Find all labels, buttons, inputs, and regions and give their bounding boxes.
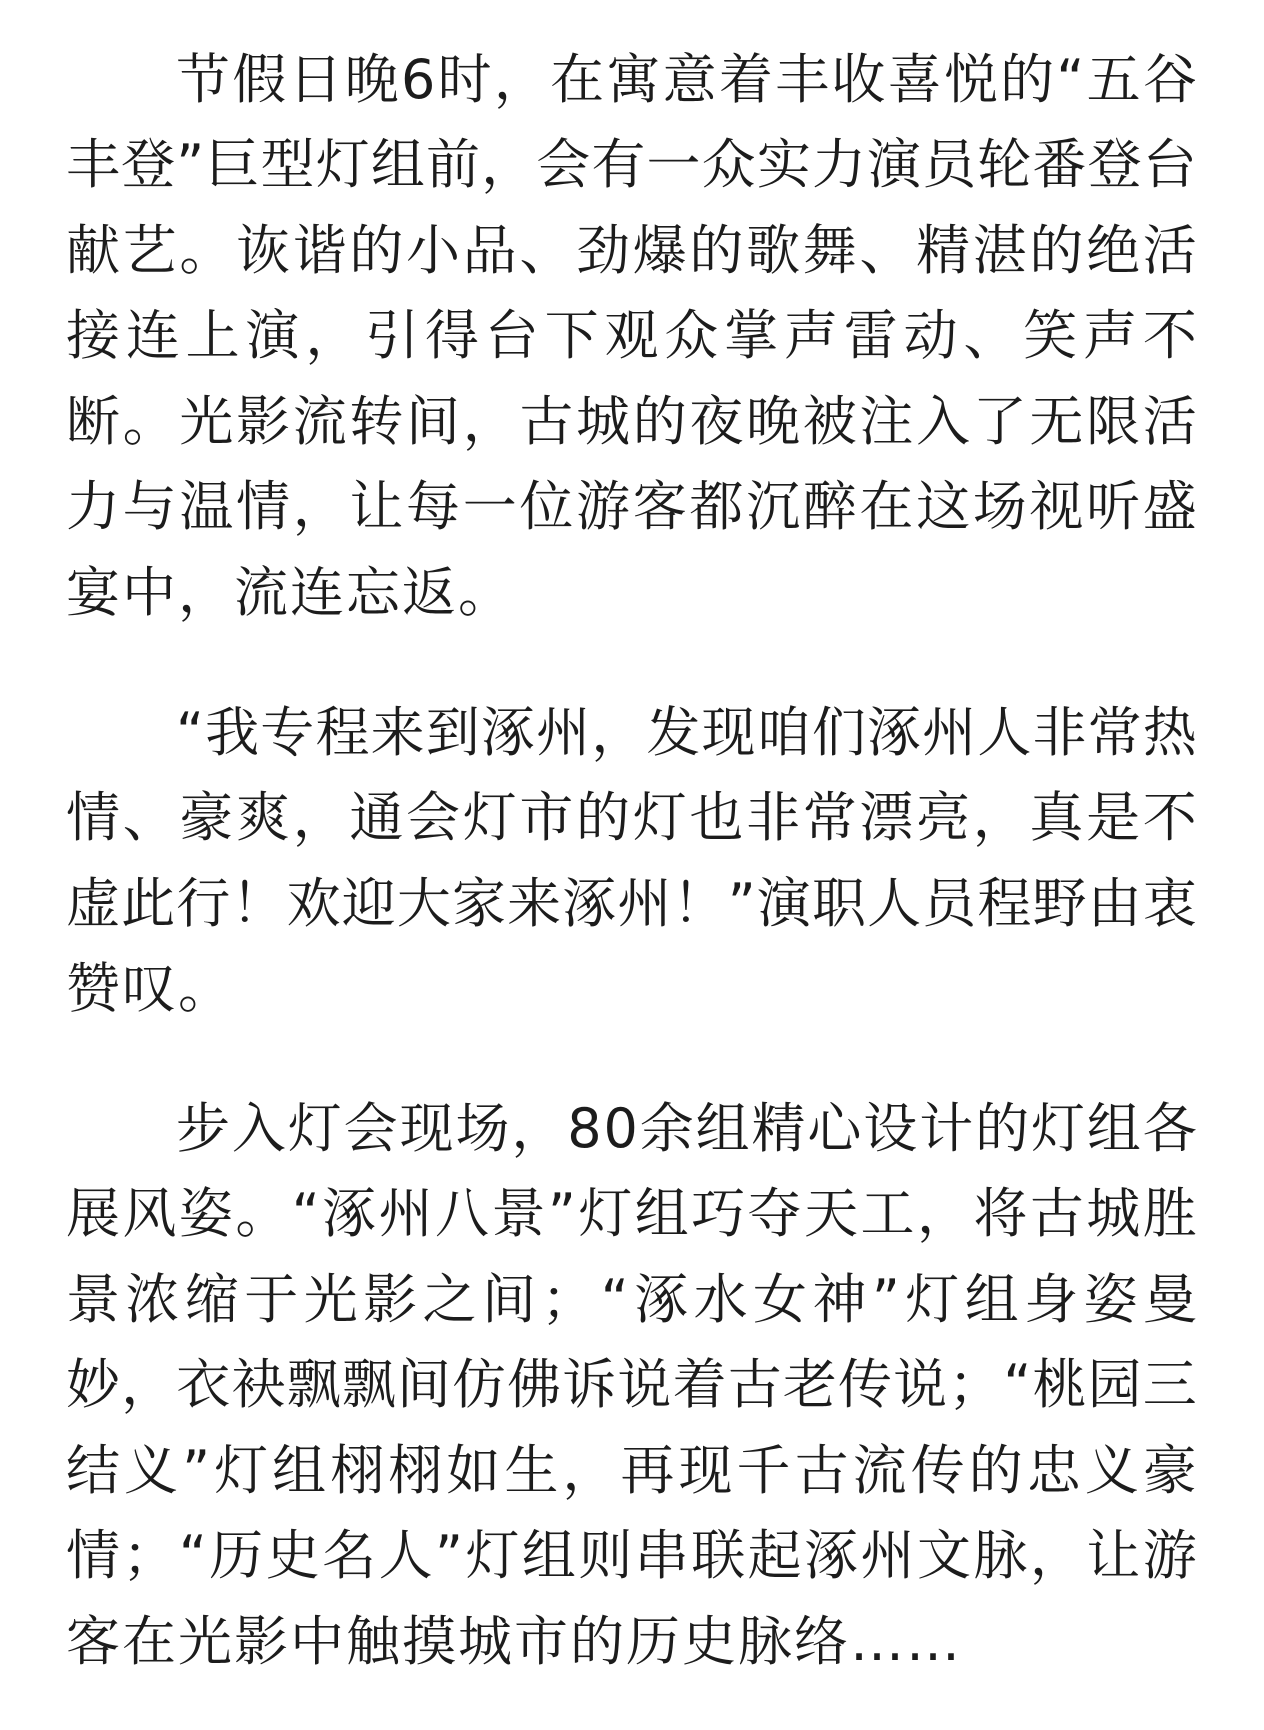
text-line: 展风姿。“涿州八景”灯组巧夺天工，将古城胜 — [66, 1171, 1197, 1257]
text-line: 宴中，流连忘返。 — [66, 550, 1197, 636]
text-line: 情；“历史名人”灯组则串联起涿州文脉，让游 — [66, 1513, 1197, 1599]
text-line: 虚此行！欢迎大家来涿州！”演职人员程野由衷 — [66, 861, 1197, 947]
text-line: 接连上演，引得台下观众掌声雷动、笑声不 — [66, 293, 1197, 379]
text-line: 步入灯会现场，80余组精心设计的灯组各 — [176, 1086, 1197, 1172]
text-line: 丰登”巨型灯组前，会有一众实力演员轮番登台 — [66, 122, 1197, 208]
text-line: 节假日晚6时，在寓意着丰收喜悦的“五谷 — [176, 37, 1197, 123]
text-line: 情、豪爽，通会灯市的灯也非常漂亮，真是不 — [66, 775, 1197, 861]
text-line: “我专程来到涿州，发现咱们涿州人非常热 — [176, 690, 1197, 776]
text-line: 断。光影流转间，古城的夜晚被注入了无限活 — [66, 379, 1197, 465]
text-line: 客在光影中触摸城市的历史脉络…… — [66, 1599, 1197, 1685]
text-line: 献艺。诙谐的小品、劲爆的歌舞、精湛的绝活 — [66, 208, 1197, 294]
text-line: 妙，衣袂飘飘间仿佛诉说着古老传说；“桃园三 — [66, 1342, 1197, 1428]
article-body: 节假日晚6时，在寓意着丰收喜悦的“五谷 丰登”巨型灯组前，会有一众实力演员轮番登… — [0, 0, 1264, 1730]
text-line: 景浓缩于光影之间；“涿水女神”灯组身姿曼 — [66, 1257, 1197, 1343]
text-line: 力与温情，让每一位游客都沉醉在这场视听盛 — [66, 464, 1197, 550]
text-line: 结义”灯组栩栩如生，再现千古流传的忠义豪 — [66, 1428, 1197, 1514]
text-line: 赞叹。 — [66, 946, 1197, 1032]
